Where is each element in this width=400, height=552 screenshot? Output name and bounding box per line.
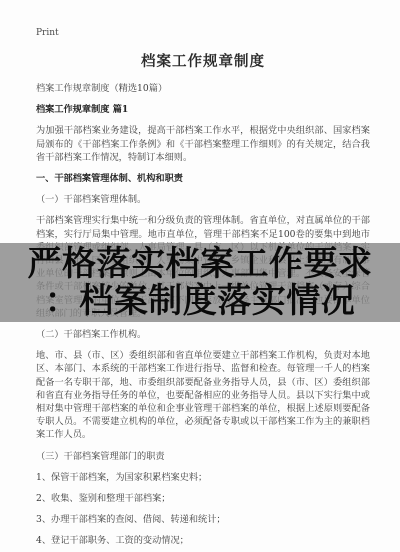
doc-list-item: 3、办理干部档案的查阅、借阅、转递和统计； <box>36 513 370 526</box>
print-link[interactable]: Print <box>36 27 370 40</box>
doc-paragraph: 地、市、县（市、区）委组织部和省直单位要建立干部档案工作机构，负责对本地区、本部… <box>36 349 370 441</box>
doc-subtitle: 档案工作规章制度（精选10篇） <box>36 82 370 95</box>
doc-subheading: （一）干部档案管理体制。 <box>36 193 370 206</box>
page-title: 档案工作规章制度 <box>36 52 370 72</box>
doc-list-item: 4、登记干部职务、工资的变动情况； <box>36 534 370 547</box>
watermark-text-line1: 严格落实档案工作要求 <box>28 246 373 283</box>
watermark-text-line2: ：档案制度落实情况 <box>45 283 356 320</box>
document-body: 档案工作规章制度 篇1为加强干部档案业务建设，提高干部档案工作水平，根据党中央组… <box>36 103 370 547</box>
doc-heading: 档案工作规章制度 篇1 <box>36 103 370 116</box>
watermark-banner: 严格落实档案工作要求 ：档案制度落实情况 <box>0 243 400 322</box>
doc-subheading: （二）干部档案工作机构。 <box>36 328 370 341</box>
doc-list-item: 1、保管干部档案，为国家积累档案史料； <box>36 471 370 484</box>
doc-list-item: 2、收集、鉴别和整理干部档案； <box>36 492 370 505</box>
doc-heading: 一、干部档案管理体制、机构和职责 <box>36 172 370 185</box>
doc-subheading: （三）干部档案管理部门的职责 <box>36 450 370 463</box>
doc-paragraph: 为加强干部档案业务建设，提高干部档案工作水平，根据党中央组织部、国家档案局颁布的… <box>36 124 370 164</box>
